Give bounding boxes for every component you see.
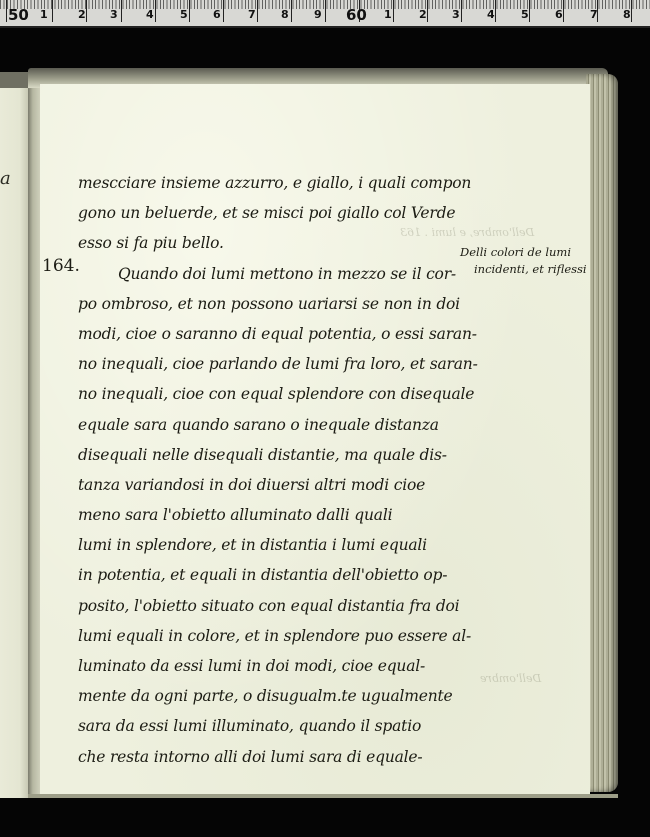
marginal-note-line: Delli colori de lumi: [460, 244, 600, 261]
text-line: sara da essi lumi illuminato, quando il …: [78, 711, 478, 741]
ruler-major-tick: [529, 0, 530, 22]
text-line: esso si fa piu bello.: [78, 228, 478, 258]
ruler-major-tick: [291, 0, 292, 22]
ruler-major-tick: [495, 0, 496, 22]
text-line: po ombroso, et non possono uariarsi se n…: [78, 289, 478, 319]
marginal-note: Delli colori de lumi incidenti, et rifle…: [460, 244, 600, 278]
text-line-paragraph-start: Quando doi lumi mettono in mezzo se il c…: [78, 259, 478, 289]
ruler-major-tick: [325, 0, 326, 22]
ruler-label: 5: [521, 8, 529, 21]
marginal-note-line: incidenti, et riflessi: [460, 261, 600, 278]
text-line: modi, cioe o saranno di equal potentia, …: [78, 319, 478, 349]
text-line: disequali nelle disequali distantie, ma …: [78, 440, 478, 470]
ruler-shadow: [0, 26, 650, 28]
ruler-label: 3: [110, 8, 118, 21]
ruler-major-tick: [563, 0, 564, 22]
ruler-label: 5: [180, 8, 188, 21]
left-page: [0, 88, 28, 798]
book-gutter: [28, 88, 40, 798]
text-line: posito, l'obietto situato con equal dist…: [78, 591, 478, 621]
text-line: no inequali, cioe con equal splendore co…: [78, 379, 478, 409]
text-line: in potentia, et equali in distantia dell…: [78, 560, 478, 590]
text-line: lumi equali in colore, et in splendore p…: [78, 621, 478, 651]
ruler-label: 4: [487, 8, 495, 21]
text-line: mescciare insieme azzurro, e giallo, i q…: [78, 168, 478, 198]
ruler-major-tick: [631, 0, 632, 22]
ruler-major-tick: [86, 0, 87, 22]
ruler-label: 8: [281, 8, 289, 21]
ruler-label: 2: [419, 8, 427, 21]
text-line: luminato da essi lumi in doi modi, cioe …: [78, 651, 478, 681]
ruler-label: 2: [78, 8, 86, 21]
ruler-label: 3: [452, 8, 460, 21]
ruler-label: 8: [623, 8, 631, 21]
manuscript-text: mescciare insieme azzurro, e giallo, i q…: [78, 168, 478, 772]
text-line: no inequali, cioe parlando de lumi fra l…: [78, 349, 478, 379]
bleed-through-note: Dell'ombre: [480, 672, 541, 685]
ruler-major-tick: [52, 0, 53, 22]
page-fore-edge: [586, 74, 618, 792]
ruler-label: 6: [213, 8, 221, 21]
ruler-major-tick: [427, 0, 428, 22]
text-line: tanza variandosi in doi diuersi altri mo…: [78, 470, 478, 500]
ruler-label: 6: [555, 8, 563, 21]
ruler-label: 60: [346, 6, 367, 24]
ruler-label: 1: [40, 8, 48, 21]
ruler-major-tick: [189, 0, 190, 22]
ruler-major-tick: [393, 0, 394, 22]
ruler-label: 4: [146, 8, 154, 21]
ruler-major-tick: [6, 0, 7, 22]
text-line: gono un beluerde, et se misci poi giallo…: [78, 198, 478, 228]
ruler-major-tick: [121, 0, 122, 22]
text-line: che resta intorno alli doi lumi sara di …: [78, 742, 478, 772]
ruler-label: 9: [314, 8, 322, 21]
ruler-major-tick: [257, 0, 258, 22]
text-line: meno sara l'obietto alluminato dalli qua…: [78, 500, 478, 530]
ruler-major-tick: [155, 0, 156, 22]
left-page-text-fragment: a: [0, 168, 11, 189]
ruler-label: 50: [8, 6, 29, 24]
page-bottom-edge: [28, 794, 618, 798]
measuring-ruler: 50 1 2 3 4 5 6 7 8 9 60 1 2 3 4 5 6 7 8: [0, 0, 650, 27]
ruler-label: 1: [384, 8, 392, 21]
text-line: mente da ogni parte, o disugualm.te ugua…: [78, 681, 478, 711]
ruler-label: 7: [590, 8, 598, 21]
paragraph-number: 164.: [42, 256, 80, 276]
ruler-major-tick: [223, 0, 224, 22]
ruler-major-tick: [461, 0, 462, 22]
text-line: equale sara quando sarano o inequale dis…: [78, 410, 478, 440]
text-line: lumi in splendore, et in distantia i lum…: [78, 530, 478, 560]
ruler-label: 7: [248, 8, 256, 21]
